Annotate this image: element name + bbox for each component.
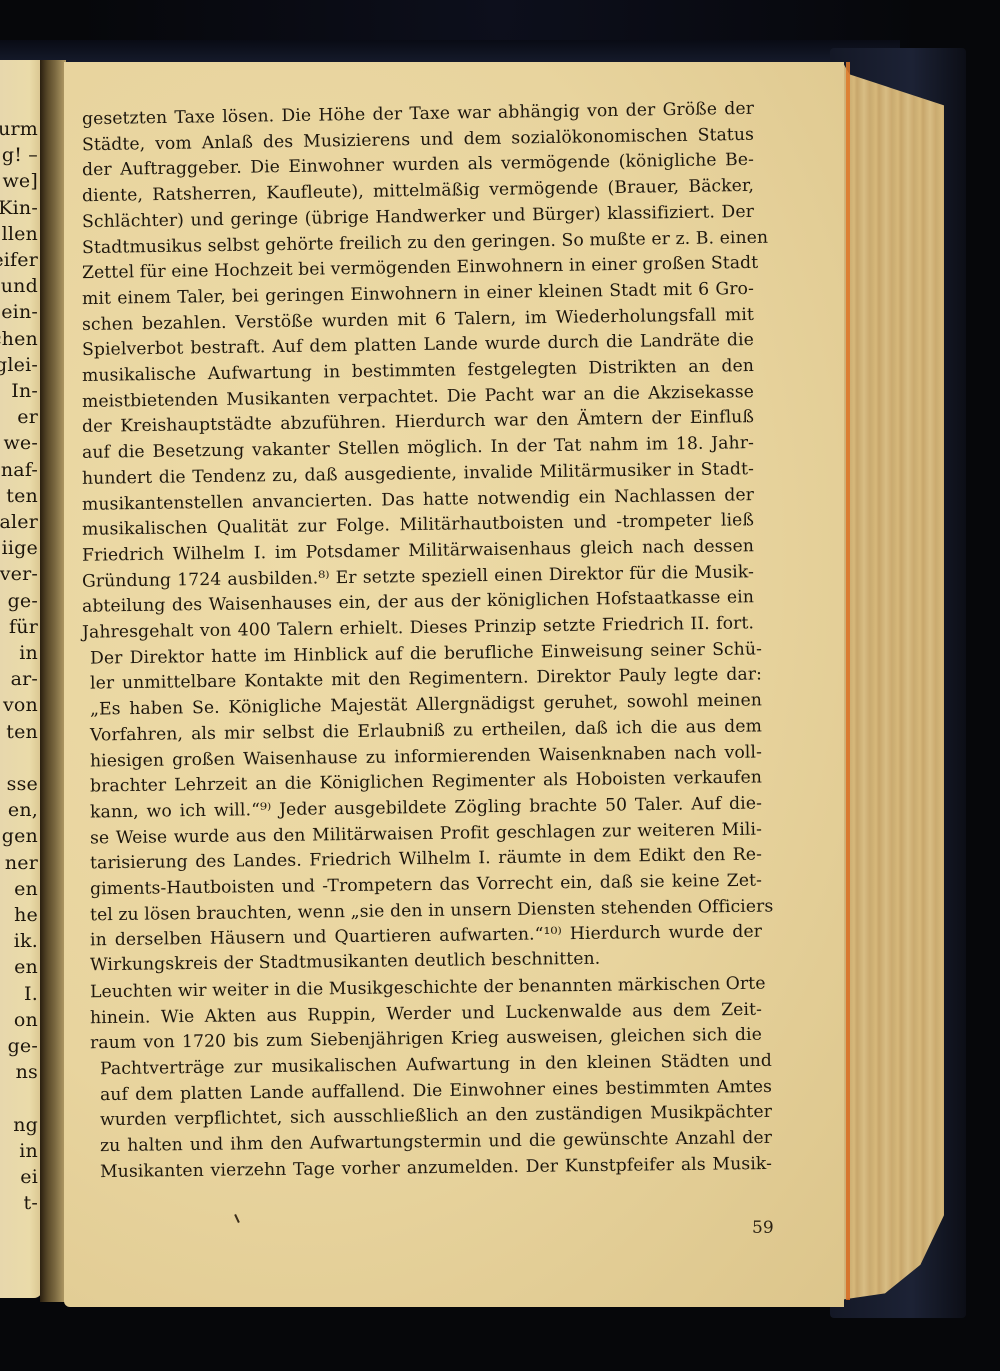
left-page-text-fragment: ten (6, 485, 38, 507)
left-page-text-fragment: für (9, 616, 38, 638)
left-page-text-fragment: g! – (2, 144, 38, 166)
left-page-text-fragment: in (19, 1140, 38, 1162)
left-page-text-fragment: ten (6, 721, 38, 743)
left-page-text-fragment: er (17, 406, 38, 428)
left-page-text-fragment: ng (13, 1114, 38, 1136)
left-page-text-fragment: iige (2, 537, 38, 559)
left-page-text-fragment: en (14, 956, 38, 978)
left-page-fragment: urmg! –we]Kin-lleneiferundein-chenglei-I… (0, 60, 42, 1298)
left-page-text-fragment: glei- (0, 354, 38, 376)
left-page-text-fragment: In- (11, 380, 38, 402)
left-page-text-fragment: t- (24, 1192, 38, 1214)
left-page-text-fragment: chen (0, 328, 38, 350)
left-page-text-fragment: ein- (1, 301, 38, 323)
page-number: 59 (752, 1218, 774, 1238)
left-page-text-fragment: ver- (0, 563, 38, 585)
left-page-text-fragment: on (14, 1009, 38, 1031)
left-page-text-fragment: gen (2, 825, 38, 847)
left-page-text-fragment: ge- (8, 1035, 38, 1057)
page-edge-accent-line (846, 62, 850, 1300)
left-page-text-fragment: und (1, 275, 38, 297)
left-page-text-fragment: urm (0, 118, 38, 140)
left-page-text-fragment: von (3, 694, 38, 716)
left-page-text-fragment: I. (24, 983, 38, 1005)
left-page-text-fragment: he (14, 904, 38, 926)
left-page-text-fragment: in (19, 642, 38, 664)
left-page-text-fragment: eifer (0, 249, 38, 271)
book-gutter (40, 60, 66, 1302)
left-page-text-fragment: ge- (8, 590, 38, 612)
left-page-text-fragment: aler (0, 511, 38, 533)
left-page-text-fragment: llen (2, 223, 38, 245)
left-page-text-fragment: ik. (14, 930, 38, 952)
left-page-text-fragment: we- (3, 432, 38, 454)
book-cover-top-edge (0, 40, 900, 64)
left-page-text-fragment: ar- (11, 668, 38, 690)
left-page-text-fragment: Kin- (0, 197, 38, 219)
left-page-text-fragment: sse (7, 773, 38, 795)
left-page-text-fragment: en (14, 878, 38, 900)
left-page-text-fragment: ner (5, 852, 38, 874)
left-page-text-fragment: ei (20, 1166, 38, 1188)
left-page-text-fragment: we] (2, 170, 38, 192)
left-page-text-fragment: ns (16, 1061, 38, 1083)
left-page-text-fragment: naf- (1, 459, 38, 481)
left-page-text-fragment: en, (8, 799, 38, 821)
